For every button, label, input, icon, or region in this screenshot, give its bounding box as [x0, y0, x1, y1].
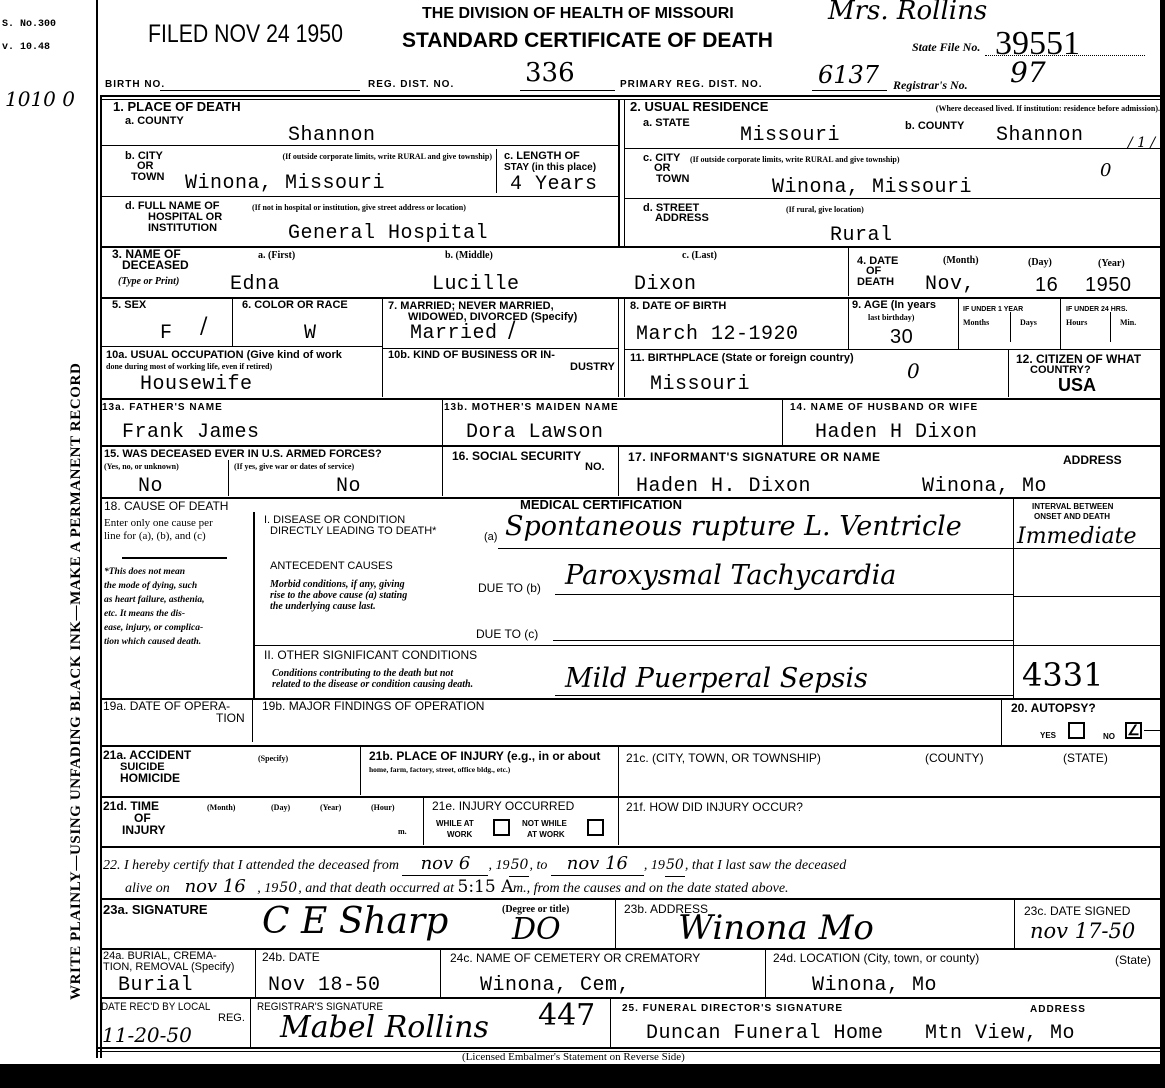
- occupation-value[interactable]: Housewife: [140, 375, 253, 395]
- certify-text: , and that death occurred at: [298, 881, 454, 896]
- death-county-value[interactable]: Shannon: [288, 126, 376, 146]
- autopsy-no-label: NO: [1103, 732, 1115, 741]
- death-time[interactable]: 5:15 A: [458, 876, 510, 899]
- at-work-label-1: WHILE AT: [436, 819, 474, 828]
- city-label-3: TOWN: [131, 172, 164, 183]
- at-work-checkbox[interactable]: [493, 819, 510, 836]
- name-label-2: DECEASED: [122, 260, 189, 271]
- armed-sub1: (Yes, no, or unknown): [104, 462, 179, 471]
- hospital-note: (If not in hospital or institution, give…: [252, 203, 466, 212]
- stay-label-1: c. LENGTH OF: [504, 151, 580, 162]
- city-note: (If outside corporate limits, write RURA…: [180, 152, 492, 161]
- occupation-label-2: done during most of working life, even i…: [106, 362, 272, 371]
- first-name-label: a. (First): [258, 251, 295, 260]
- informant-address-value[interactable]: Winona, Mo: [922, 477, 1047, 497]
- age-label-1: 9. AGE (In years: [852, 300, 936, 311]
- middle-name-label: b. (Middle): [445, 251, 493, 260]
- footnote-block: *This does not mean the mode of dying, s…: [104, 565, 249, 649]
- mother-value[interactable]: Dora Lawson: [466, 423, 604, 443]
- first-name-value[interactable]: Edna: [230, 275, 280, 295]
- last-alive-year[interactable]: 50: [278, 877, 298, 900]
- rule: [624, 148, 1160, 149]
- date-signed-value[interactable]: nov 17-50: [1030, 920, 1135, 942]
- certify-text: , to: [529, 858, 547, 873]
- birthplace-mark: 0: [907, 360, 920, 382]
- funeral-director-label: 25. FUNERAL DIRECTOR'S SIGNATURE: [622, 1004, 843, 1013]
- injury-specify-label: (Specify): [258, 754, 288, 763]
- occupation-label-1: 10a. USUAL OCCUPATION (Give kind of work: [106, 350, 342, 361]
- registrar-number: 447: [538, 1000, 595, 1032]
- months-label: Months: [963, 318, 989, 327]
- death-city-value[interactable]: Winona, Missouri: [185, 174, 385, 194]
- antecedent-note-line: the underlying cause last.: [270, 601, 407, 612]
- op-date-label-2: TION: [216, 713, 245, 724]
- race-value[interactable]: W: [304, 324, 317, 344]
- sex-mark: /: [200, 316, 207, 338]
- rule: [100, 246, 1160, 248]
- rule-v: [618, 447, 619, 496]
- residence-city-mark: 0: [1100, 160, 1111, 182]
- rule-v: [958, 299, 959, 349]
- residence-county-value[interactable]: Shannon: [996, 126, 1084, 146]
- op-findings-label: 19b. MAJOR FINDINGS OF OPERATION: [262, 701, 484, 712]
- certify-text: m., from the causes and on the date stat…: [513, 881, 789, 896]
- rule-v: [615, 900, 616, 948]
- injury-month-label: (Month): [207, 803, 235, 812]
- burial-date-value[interactable]: Nov 18-50: [268, 976, 381, 996]
- street-value[interactable]: Rural: [830, 226, 893, 246]
- certify-text: , 19: [488, 858, 509, 873]
- scan-border: [0, 1064, 1165, 1088]
- autopsy-yes-label: YES: [1040, 731, 1056, 740]
- certify-line-2: alive on nov 16, 1950, and that death oc…: [125, 876, 789, 900]
- race-label: 6. COLOR OR RACE: [242, 300, 348, 311]
- informant-address-label: ADDRESS: [1063, 455, 1122, 466]
- agency-title: THE DIVISION OF HEALTH OF MISSOURI: [422, 5, 734, 23]
- injury-time-label-3: INJURY: [122, 825, 166, 836]
- street-note: (If rural, give location): [786, 205, 864, 214]
- rule: [100, 796, 1160, 798]
- antecedent-note-line: Morbid conditions, if any, giving: [270, 579, 407, 590]
- business-label-1: 10b. KIND OF BUSINESS OR IN-: [388, 350, 555, 361]
- rule: [100, 898, 1160, 900]
- degree-value[interactable]: DO: [512, 915, 561, 945]
- rule-v: [848, 299, 849, 349]
- date-signed-label: 23c. DATE SIGNED: [1024, 906, 1130, 917]
- certify-text: 22. I hereby certify that I attended the…: [103, 858, 399, 873]
- hospital-label-3: INSTITUTION: [148, 223, 217, 234]
- spouse-label: 14. NAME OF HUSBAND OR WIFE: [790, 403, 978, 412]
- cause-label: 18. CAUSE OF DEATH: [104, 501, 228, 512]
- rule: [1013, 596, 1160, 597]
- under-24-label: IF UNDER 24 HRS.: [1066, 305, 1127, 314]
- due-to-c-label: DUE TO (c): [476, 629, 538, 640]
- informant-value[interactable]: Haden H. Dixon: [636, 477, 811, 497]
- form-number: S. No.300: [2, 20, 56, 29]
- rule-v: [228, 460, 229, 496]
- rule-v: [1001, 700, 1002, 746]
- interval-label-2: ONSET AND DEATH: [1034, 512, 1110, 521]
- form-title: STANDARD CERTIFICATE OF DEATH: [402, 29, 773, 53]
- rule: [555, 594, 1013, 595]
- funeral-address-label: ADDRESS: [1030, 1005, 1086, 1014]
- primary-reg-dist-label: PRIMARY REG. DIST. NO.: [620, 80, 763, 89]
- other-note-1: Conditions contributing to the death but…: [272, 668, 453, 679]
- location-state-label: (State): [1115, 955, 1151, 966]
- funeral-address-value[interactable]: Mtn View, Mo: [925, 1024, 1075, 1044]
- ssn-label-2: NO.: [585, 462, 605, 473]
- birthplace-value[interactable]: Missouri: [650, 375, 750, 395]
- left-border-inner: [100, 95, 102, 1058]
- ssn-label-1: 16. SOCIAL SECURITY: [452, 451, 581, 462]
- rule-v: [618, 299, 619, 397]
- armed-label: 15. WAS DECEASED EVER IN U.S. ARMED FORC…: [104, 449, 382, 460]
- certify-text: , 19: [644, 858, 665, 873]
- date-recd-label-2: REG.: [218, 1013, 245, 1024]
- antecedent-note: Morbid conditions, if any, giving rise t…: [270, 579, 407, 612]
- reg-dist-label: REG. DIST. NO.: [368, 80, 454, 89]
- rule: [498, 548, 1013, 549]
- middle-name-value[interactable]: Lucille: [432, 275, 520, 295]
- injury-day-label: (Day): [271, 803, 290, 812]
- burial-date-label: 24b. DATE: [262, 952, 320, 963]
- location-value[interactable]: Winona, Mo: [812, 976, 937, 996]
- under-year-label: IF UNDER 1 YEAR: [963, 305, 1023, 314]
- cause-instr-1: Enter only one cause per: [104, 517, 213, 529]
- interval-label-1: INTERVAL BETWEEN: [1032, 502, 1113, 511]
- injury-occurred-label: 21e. INJURY OCCURRED: [432, 801, 574, 812]
- injury-hour-label: (Hour): [371, 803, 395, 812]
- left-border: [96, 0, 98, 1058]
- rule: [624, 198, 1160, 199]
- certify-text: , 19: [257, 881, 278, 896]
- dod-month-label: (Month): [943, 256, 979, 265]
- birth-no-line: [160, 90, 360, 91]
- stay-label-2: STAY (in this place): [504, 162, 596, 173]
- rule: [100, 997, 1160, 999]
- rule: [100, 846, 1160, 848]
- armed-service-value[interactable]: No: [336, 477, 361, 497]
- mother-label: 13b. MOTHER'S MAIDEN NAME: [444, 403, 619, 412]
- rule-v: [1008, 349, 1009, 397]
- burial-method-value[interactable]: Burial: [118, 976, 193, 996]
- op-date-label-1: 19a. DATE OF OPERA-: [103, 701, 230, 712]
- citizen-value[interactable]: USA: [1058, 376, 1096, 394]
- residence-city-value[interactable]: Winona, Missouri: [772, 178, 972, 198]
- rule-v: [440, 950, 441, 997]
- cause-a-value[interactable]: Spontaneous rupture L. Ventricle: [505, 516, 962, 538]
- residence-county-label: b. COUNTY: [905, 121, 964, 132]
- rule-v: [1010, 312, 1011, 342]
- certify-text: , that I last saw the deceased: [685, 858, 846, 873]
- reg-dist-no: 336: [525, 62, 575, 84]
- rule: [1013, 645, 1160, 646]
- cause-instr-2: line for (a), (b), and (c): [104, 530, 206, 542]
- injury-how-label: 21f. HOW DID INJURY OCCUR?: [626, 802, 803, 813]
- min-label: Min.: [1120, 318, 1136, 327]
- injury-m-label: m.: [398, 827, 407, 836]
- street-label-2: ADDRESS: [655, 213, 709, 224]
- last-name-label: c. (Last): [682, 251, 717, 260]
- line1-label-2: DIRECTLY LEADING TO DEATH*: [270, 526, 436, 537]
- hospital-value[interactable]: General Hospital: [288, 224, 488, 244]
- rule: [100, 196, 618, 197]
- reg-dist-line: [520, 90, 615, 91]
- armed-value[interactable]: No: [138, 477, 163, 497]
- injury-city-label: 21c. (CITY, TOWN, OR TOWNSHIP): [626, 753, 821, 764]
- rule-v: [496, 149, 497, 193]
- rule: [100, 398, 1160, 400]
- dod-label-3: DEATH: [857, 277, 894, 288]
- father-value[interactable]: Frank James: [122, 423, 260, 443]
- antecedent-note-line: rise to the above cause (a) stating: [270, 590, 407, 601]
- physician-address[interactable]: Winona Mo: [678, 910, 874, 946]
- injury-county-label: (COUNTY): [925, 753, 984, 764]
- injury-place-label-1: 21b. PLACE OF INJURY (e.g., in or about: [369, 751, 600, 762]
- interval-a-value[interactable]: Immediate: [1017, 526, 1137, 548]
- footnote-line: as heart failure, asthenia,: [104, 593, 249, 607]
- filed-stamp: FILED NOV 24 1950: [148, 20, 343, 49]
- rule: [624, 349, 1160, 350]
- informant-label: 17. INFORMANT'S SIGNATURE OR NAME: [628, 452, 880, 463]
- attended-to-year[interactable]: 50: [665, 854, 685, 877]
- rule: [100, 346, 382, 347]
- registrar-no: 97: [1010, 62, 1046, 84]
- autopsy-yes-checkbox[interactable]: [1068, 722, 1085, 739]
- name-label-3: (Type or Print): [118, 276, 179, 287]
- last-alive-date[interactable]: nov 16: [173, 876, 257, 899]
- residence-state-value[interactable]: Missouri: [740, 126, 840, 146]
- funeral-director-value[interactable]: Duncan Funeral Home: [646, 1024, 884, 1044]
- state-file-underline: [985, 55, 1145, 56]
- dob-label: 8. DATE OF BIRTH: [630, 301, 726, 312]
- rule-v: [360, 747, 361, 795]
- divider-1-2b: [624, 99, 625, 246]
- age-label-2: last birthday): [868, 313, 914, 322]
- rule-v: [765, 950, 766, 997]
- injury-year-label: (Year): [320, 803, 341, 812]
- rule-v: [782, 399, 783, 445]
- footnote-line: the mode of dying, such: [104, 579, 249, 593]
- margin-note: 1010 0: [5, 88, 75, 110]
- birthplace-label: 11. BIRTHPLACE (State or foreign country…: [630, 353, 854, 364]
- rule-v: [848, 248, 849, 296]
- rule-v: [253, 512, 255, 698]
- cause-b-value[interactable]: Paroxysmal Tachycardia: [565, 565, 896, 587]
- days-label: Days: [1020, 318, 1037, 327]
- residence-city-label-3: TOWN: [656, 174, 689, 185]
- marital-value[interactable]: Married: [410, 324, 498, 344]
- rule-v: [1060, 299, 1061, 349]
- registrar-no-label: Registrar's No.: [893, 80, 968, 91]
- injury-place-label-2: home, farm, factory, street, office bldg…: [369, 765, 510, 774]
- cemetery-value[interactable]: Winona, Cem,: [480, 976, 630, 996]
- antecedent-label: ANTECEDENT CAUSES: [270, 561, 393, 572]
- side-instruction: WRITE PLAINLY—USING UNFADING BLACK INK—M…: [68, 363, 85, 1000]
- residence-heading: 2. USUAL RESIDENCE: [630, 101, 768, 112]
- rule-v: [442, 399, 443, 445]
- registrar-signature[interactable]: Mabel Rollins: [280, 1012, 489, 1044]
- county-label: a. COUNTY: [125, 116, 184, 127]
- rule: [555, 695, 1013, 696]
- injury-type-label-1: 21a. ACCIDENT: [103, 750, 191, 761]
- other-note-2: related to the disease or condition caus…: [272, 679, 473, 690]
- code-value: 4331: [1022, 659, 1103, 691]
- rule: [100, 145, 618, 146]
- rule-v: [442, 447, 443, 496]
- injury-type-label-3: HOMICIDE: [120, 773, 180, 784]
- cemetery-label: 24c. NAME OF CEMETERY OR CREMATORY: [450, 953, 700, 964]
- business-label-2: DUSTRY: [570, 362, 615, 373]
- rule-v: [232, 299, 233, 347]
- location-label: 24d. LOCATION (City, town, or county): [773, 953, 979, 964]
- rule: [553, 640, 1013, 641]
- not-at-work-checkbox[interactable]: [587, 819, 604, 836]
- spouse-value[interactable]: Haden H Dixon: [815, 423, 978, 443]
- last-name-value[interactable]: Dixon: [634, 275, 697, 295]
- rule: [100, 948, 1160, 950]
- rule-v: [610, 999, 611, 1047]
- form-revision: v. 10.48: [2, 43, 50, 52]
- at-work-label-2: WORK: [447, 830, 472, 839]
- hours-label: Hours: [1066, 318, 1087, 327]
- certify-text: alive on: [125, 881, 170, 896]
- footnote-line: tion which caused death.: [104, 635, 249, 649]
- attended-from-year[interactable]: 50: [509, 854, 529, 877]
- scan-border-right: [1160, 0, 1165, 1064]
- rule: [100, 745, 1160, 747]
- burial-method-label-2: TION, REMOVAL (Specify): [103, 962, 234, 973]
- certify-line-1: 22. I hereby certify that I attended the…: [103, 853, 846, 877]
- other-value[interactable]: Mild Puerperal Sepsis: [565, 668, 868, 690]
- header-rule: [100, 95, 1160, 97]
- marital-mark: /: [508, 320, 515, 342]
- autopsy-no-checkbox[interactable]: ∠: [1125, 722, 1142, 739]
- rule: [96, 1047, 1160, 1049]
- date-recd-value[interactable]: 11-20-50: [102, 1024, 192, 1046]
- father-label: 13a. FATHER'S NAME: [102, 403, 223, 412]
- age-value[interactable]: 30: [890, 327, 913, 347]
- other-label: II. OTHER SIGNIFICANT CONDITIONS: [264, 650, 477, 661]
- injury-state-label: (STATE): [1063, 753, 1108, 764]
- sex-value[interactable]: F: [160, 324, 173, 344]
- footnote-line: ease, injury, or complica-: [104, 621, 249, 635]
- residence-state-label: a. STATE: [643, 118, 690, 129]
- autopsy-label: 20. AUTOPSY?: [1011, 703, 1096, 714]
- rule-v: [255, 950, 256, 997]
- residence-note: (Where deceased lived. If institution: r…: [838, 104, 1160, 113]
- place-of-death-heading: 1. PLACE OF DEATH: [113, 101, 241, 112]
- rule-v: [1110, 312, 1111, 342]
- footnote-line: etc. It means the dis-: [104, 607, 249, 621]
- dod-day-label: (Day): [1028, 258, 1052, 267]
- rule-v: [252, 700, 253, 742]
- not-work-label-1: NOT WHILE: [522, 819, 567, 828]
- primary-reg-dist-line: [812, 90, 887, 91]
- sex-label: 5. SEX: [112, 300, 146, 311]
- dob-value[interactable]: March 12-1920: [636, 325, 799, 345]
- a-label: (a): [484, 532, 497, 543]
- primary-reg-dist-no: 6137: [818, 64, 879, 86]
- rule-v: [250, 999, 251, 1047]
- rule-v: [1014, 900, 1015, 948]
- medical-heading: MEDICAL CERTIFICATION: [520, 499, 682, 510]
- birth-no-label: BIRTH NO.: [105, 80, 165, 89]
- armed-sub2: (If yes, give war or dates of service): [234, 462, 354, 471]
- footer-note: (Licensed Embalmer's Statement on Revers…: [462, 1051, 685, 1063]
- signature-label: 23a. SIGNATURE: [103, 904, 208, 915]
- handwritten-note: Mrs. Rollins: [828, 0, 987, 22]
- residence-city-note: (If outside corporate limits, write RURA…: [690, 155, 900, 164]
- interval-divider: [1013, 498, 1014, 698]
- dod-year-label: (Year): [1098, 259, 1125, 268]
- rule-v: [624, 299, 625, 397]
- date-recd-label-1: DATE REC'D BY LOCAL: [101, 1002, 210, 1013]
- physician-signature[interactable]: C E Sharp: [262, 902, 448, 942]
- dod-day-value[interactable]: 16: [1035, 275, 1058, 295]
- state-file-label: State File No.: [912, 42, 980, 53]
- rule-v: [423, 798, 424, 845]
- due-to-b-label: DUE TO (b): [478, 583, 541, 594]
- dod-month-value[interactable]: Nov,: [925, 275, 975, 295]
- footnote-line: *This does not mean: [104, 565, 249, 579]
- rule: [100, 445, 1160, 447]
- not-work-label-2: AT WORK: [527, 830, 565, 839]
- attended-from-date[interactable]: nov 6: [402, 853, 488, 876]
- footnote-rule: [122, 557, 227, 559]
- dod-year-value[interactable]: 1950: [1085, 275, 1132, 295]
- divider-1-2: [618, 99, 620, 246]
- rule: [1013, 548, 1160, 549]
- stay-value[interactable]: 4 Years: [510, 175, 598, 195]
- attended-to-date[interactable]: nov 16: [551, 853, 644, 876]
